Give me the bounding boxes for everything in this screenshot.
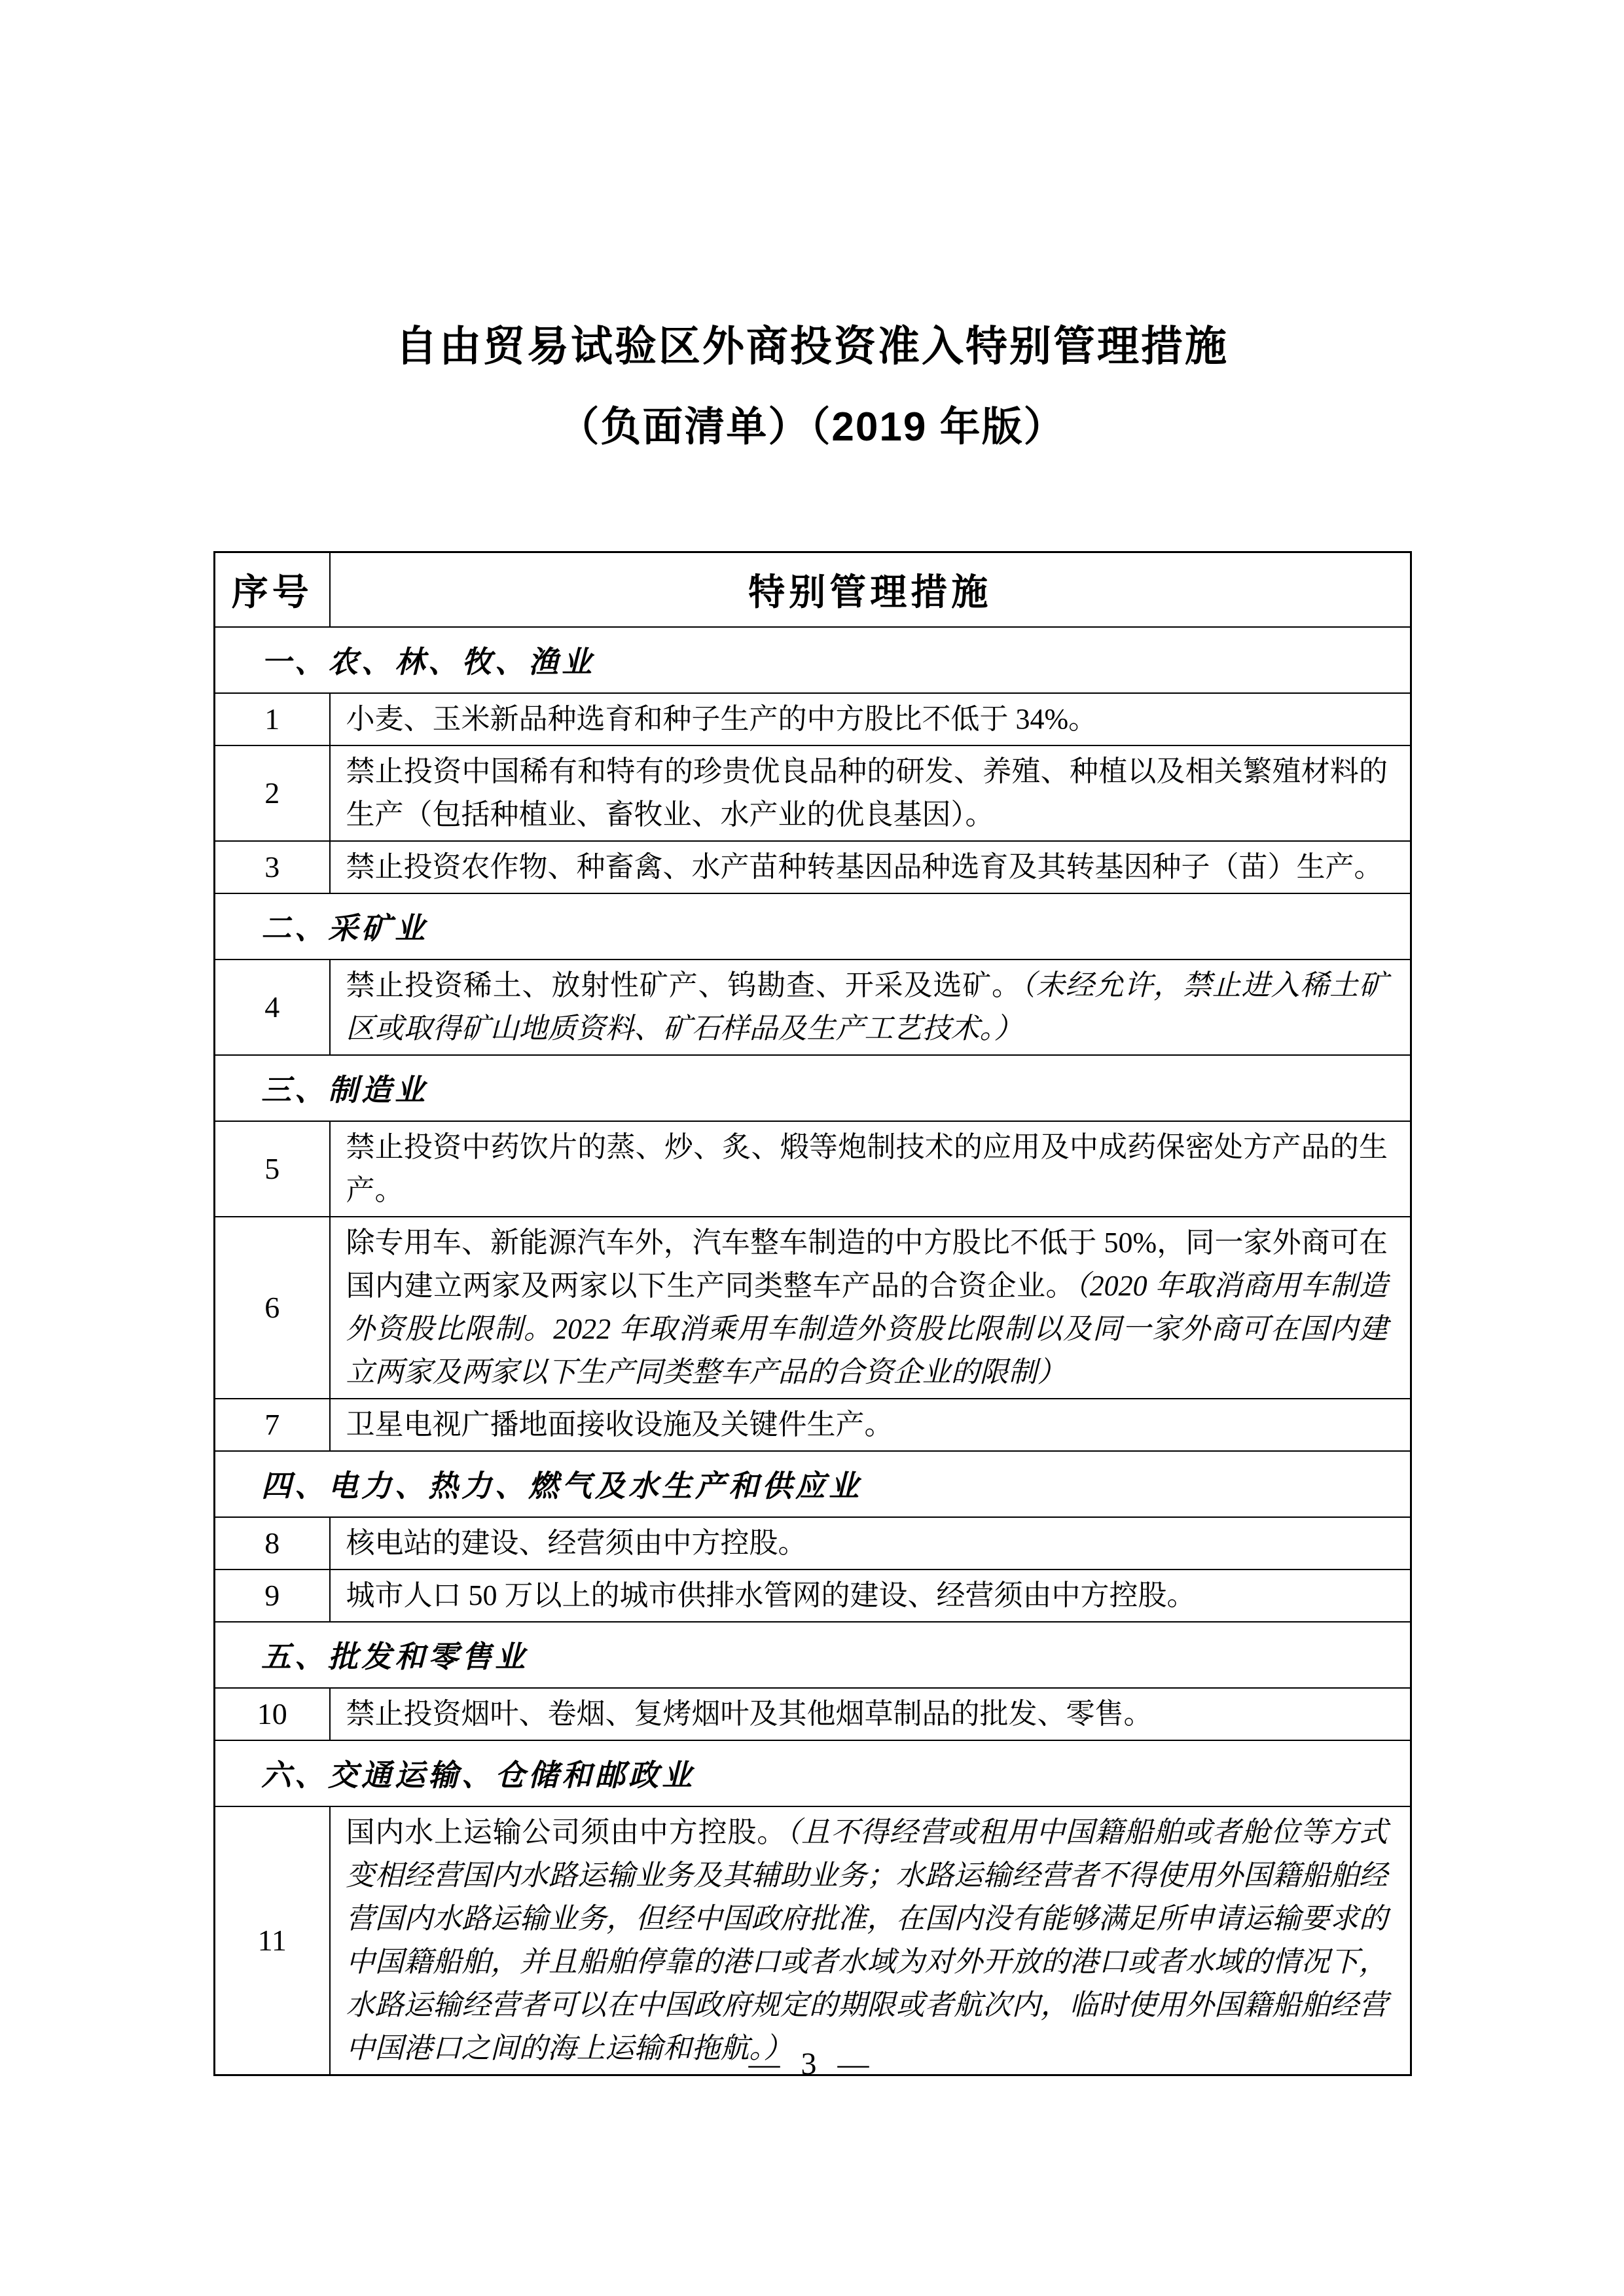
measure-main-segment: 小麦、玉米新品种选育和种子生产的中方股比不低于 34%。 (346, 703, 1098, 735)
measure-main-segment: 禁止投资中国稀有和特有的珍贵优良品种的研发、养殖、种植以及相关繁殖材料的生产（包… (346, 755, 1388, 831)
measure-main-segment: 禁止投资农作物、种畜禽、水产苗种转基因品种选育及其转基因种子（苗）生产。 (346, 851, 1383, 883)
serial-number: 11 (215, 1806, 330, 2075)
section-title: 一、农、林、牧、渔业 (215, 627, 1411, 693)
document-title: 自由贸易试验区外商投资准入特别管理措施 (0, 323, 1624, 369)
measure-text: 禁止投资农作物、种畜禽、水产苗种转基因品种选育及其转基因种子（苗）生产。 (330, 841, 1411, 893)
header-special-measures: 特别管理措施 (330, 552, 1411, 627)
section-title: 五、批发和零售业 (215, 1622, 1411, 1688)
section-row: 五、批发和零售业 (215, 1622, 1411, 1688)
section-title: 三、制造业 (215, 1055, 1411, 1121)
measure-main-segment: 国内水上运输公司须由中方控股。 (346, 1816, 787, 1848)
measure-main-segment: 禁止投资烟叶、卷烟、复烤烟叶及其他烟草制品的批发、零售。 (346, 1698, 1153, 1730)
table-row: 6除专用车、新能源汽车外，汽车整车制造的中方股比不低于 50%，同一家外商可在国… (215, 1217, 1411, 1399)
section-row: 六、交通运输、仓储和邮政业 (215, 1740, 1411, 1806)
measure-text: 国内水上运输公司须由中方控股。（且不得经营或租用中国籍船舶或者舱位等方式变相经营… (330, 1806, 1411, 2075)
measure-annotation-segment: （且不得经营或租用中国籍船舶或者舱位等方式变相经营国内水路运输业务及其辅助业务；… (346, 1816, 1388, 2064)
serial-number: 1 (215, 693, 330, 745)
header-serial-number: 序号 (215, 552, 330, 627)
measure-text: 禁止投资烟叶、卷烟、复烤烟叶及其他烟草制品的批发、零售。 (330, 1688, 1411, 1740)
table-row: 10禁止投资烟叶、卷烟、复烤烟叶及其他烟草制品的批发、零售。 (215, 1688, 1411, 1740)
serial-number: 4 (215, 960, 330, 1055)
table-row: 1小麦、玉米新品种选育和种子生产的中方股比不低于 34%。 (215, 693, 1411, 745)
serial-number: 3 (215, 841, 330, 893)
measure-text: 禁止投资中药饮片的蒸、炒、炙、煅等炮制技术的应用及中成药保密处方产品的生产。 (330, 1121, 1411, 1217)
measure-main-segment: 卫星电视广播地面接收设施及关键件生产。 (346, 1408, 893, 1441)
measure-main-segment: 城市人口 50 万以上的城市供排水管网的建设、经营须由中方控股。 (346, 1579, 1196, 1611)
table-header-row: 序号 特别管理措施 (215, 552, 1411, 627)
measure-text: 小麦、玉米新品种选育和种子生产的中方股比不低于 34%。 (330, 693, 1411, 745)
measures-table: 序号 特别管理措施 一、农、林、牧、渔业1小麦、玉米新品种选育和种子生产的中方股… (213, 551, 1412, 2076)
section-title: 六、交通运输、仓储和邮政业 (215, 1740, 1411, 1806)
section-title: 四、电力、热力、燃气及水生产和供应业 (215, 1451, 1411, 1517)
document-page: 自由贸易试验区外商投资准入特别管理措施 （负面清单）（2019 年版） 序号 特… (0, 0, 1624, 2296)
measure-main-segment: 核电站的建设、经营须由中方控股。 (346, 1527, 807, 1559)
measure-text: 卫星电视广播地面接收设施及关键件生产。 (330, 1399, 1411, 1451)
measure-text: 禁止投资中国稀有和特有的珍贵优良品种的研发、养殖、种植以及相关繁殖材料的生产（包… (330, 745, 1411, 841)
serial-number: 9 (215, 1570, 330, 1622)
page-number: — 3 — (0, 2046, 1624, 2082)
table-row: 11国内水上运输公司须由中方控股。（且不得经营或租用中国籍船舶或者舱位等方式变相… (215, 1806, 1411, 2075)
table-row: 7卫星电视广播地面接收设施及关键件生产。 (215, 1399, 1411, 1451)
document-subtitle: （负面清单）（2019 年版） (0, 404, 1624, 450)
measure-main-segment: 禁止投资稀土、放射性矿产、钨勘查、开采及选矿。 (346, 969, 1021, 1001)
table-row: 8核电站的建设、经营须由中方控股。 (215, 1517, 1411, 1570)
table-row: 4禁止投资稀土、放射性矿产、钨勘查、开采及选矿。（未经允许，禁止进入稀土矿区或取… (215, 960, 1411, 1055)
table-row: 5禁止投资中药饮片的蒸、炒、炙、煅等炮制技术的应用及中成药保密处方产品的生产。 (215, 1121, 1411, 1217)
serial-number: 8 (215, 1517, 330, 1570)
table-row: 2禁止投资中国稀有和特有的珍贵优良品种的研发、养殖、种植以及相关繁殖材料的生产（… (215, 745, 1411, 841)
section-row: 四、电力、热力、燃气及水生产和供应业 (215, 1451, 1411, 1517)
table-row: 9城市人口 50 万以上的城市供排水管网的建设、经营须由中方控股。 (215, 1570, 1411, 1622)
section-title: 二、采矿业 (215, 893, 1411, 960)
serial-number: 2 (215, 745, 330, 841)
table-body: 一、农、林、牧、渔业1小麦、玉米新品种选育和种子生产的中方股比不低于 34%。2… (215, 627, 1411, 2075)
measure-main-segment: 禁止投资中药饮片的蒸、炒、炙、煅等炮制技术的应用及中成药保密处方产品的生产。 (346, 1131, 1388, 1206)
serial-number: 6 (215, 1217, 330, 1399)
table-row: 3禁止投资农作物、种畜禽、水产苗种转基因品种选育及其转基因种子（苗）生产。 (215, 841, 1411, 893)
measure-text: 禁止投资稀土、放射性矿产、钨勘查、开采及选矿。（未经允许，禁止进入稀土矿区或取得… (330, 960, 1411, 1055)
section-row: 三、制造业 (215, 1055, 1411, 1121)
serial-number: 5 (215, 1121, 330, 1217)
serial-number: 7 (215, 1399, 330, 1451)
measure-text: 除专用车、新能源汽车外，汽车整车制造的中方股比不低于 50%，同一家外商可在国内… (330, 1217, 1411, 1399)
section-row: 二、采矿业 (215, 893, 1411, 960)
measure-text: 城市人口 50 万以上的城市供排水管网的建设、经营须由中方控股。 (330, 1570, 1411, 1622)
measure-text: 核电站的建设、经营须由中方控股。 (330, 1517, 1411, 1570)
section-row: 一、农、林、牧、渔业 (215, 627, 1411, 693)
serial-number: 10 (215, 1688, 330, 1740)
